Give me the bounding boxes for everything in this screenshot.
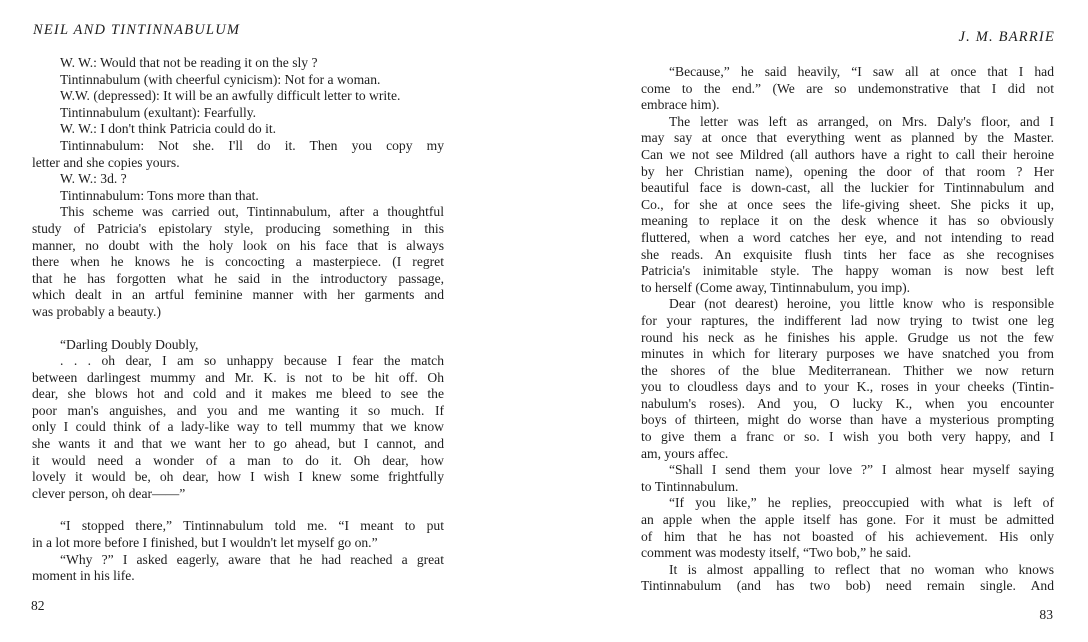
text-line: Co., for she at once sees the life-givin…	[641, 197, 1054, 214]
right-page-body: “Because,” he said heavily, “I saw all a…	[641, 64, 1054, 595]
text-line: of him that he has not boasted of his ac…	[641, 529, 1054, 546]
text-line: only I could think of a lady-like way to…	[32, 419, 444, 436]
text-line: she wants it and that we want her to go …	[32, 436, 444, 453]
text-line: W. W.: I don't think Patricia could do i…	[32, 121, 444, 138]
page-number: 83	[1039, 607, 1053, 623]
text-line: Dear (not dearest) heroine, you little k…	[641, 296, 1054, 313]
text-line: Tintinnabulum (exultant): Fearfully.	[32, 105, 444, 122]
text-line: nabulum's roses). And you, O lucky K., w…	[641, 396, 1054, 413]
text-line: poor man's anguishes, and you and me wan…	[32, 403, 444, 420]
text-line: come to the end.” (We are so undemonstra…	[641, 81, 1054, 98]
text-line: clever person, oh dear——”	[32, 486, 444, 503]
text-line: to give them a franc or so. I wish you b…	[641, 429, 1054, 446]
text-line: in a lot more before I finished, but I w…	[32, 535, 444, 552]
running-head-author: J. M. BARRIE	[958, 29, 1055, 46]
text-line: fluttered, when a word catches her eye, …	[641, 230, 1054, 247]
paragraph-gap	[32, 502, 444, 518]
text-line: round his neck as he finishes his apple.…	[641, 330, 1054, 347]
text-line: to Tintinnabulum.	[641, 479, 1054, 496]
text-line: W. W.: 3d. ?	[32, 171, 444, 188]
text-line: This scheme was carried out, Tintinnabul…	[32, 204, 444, 221]
text-line: letter and she copies yours.	[32, 155, 444, 172]
text-line: Tintinnabulum: Tons more than that.	[32, 188, 444, 205]
text-line: boys of thirteen, might do worse than ha…	[641, 412, 1054, 429]
text-line: may say at once that everything went as …	[641, 130, 1054, 147]
left-page-body: W. W.: Would that not be reading it on t…	[32, 55, 444, 585]
text-line: Tintinnabulum (and has two bob) need rem…	[641, 578, 1054, 595]
left-page: NEIL AND TINTINNABULUM W. W.: Would that…	[0, 0, 470, 642]
text-line: “Darling Doubly Doubly,	[32, 337, 444, 354]
text-line: embrace him).	[641, 97, 1054, 114]
text-line: comment was modesty itself, “Two bob,” h…	[641, 545, 1054, 562]
text-line: between darlingest mummy and Mr. K. is n…	[32, 370, 444, 387]
running-head-title: NEIL AND TINTINNABULUM	[33, 22, 240, 39]
right-page: J. M. BARRIE “Because,” he said heavily,…	[620, 0, 1088, 642]
text-line: Tintinnabulum (with cheerful cynicism): …	[32, 72, 444, 89]
text-line: was probably a beauty.)	[32, 304, 444, 321]
text-line: she reads. An exquisite flush tints her …	[641, 247, 1054, 264]
text-line: dear, she blows hot and cold and it make…	[32, 386, 444, 403]
text-line: W. W.: Would that not be reading it on t…	[32, 55, 444, 72]
text-line: beautiful face is down-cast, all the luc…	[641, 180, 1054, 197]
paragraph-gap	[32, 321, 444, 337]
text-line: moment in his life.	[32, 568, 444, 585]
text-line: W.W. (depressed): It will be an awfully …	[32, 88, 444, 105]
text-line: “Why ?” I asked eagerly, aware that he h…	[32, 552, 444, 569]
text-line: which dealt in an artful feminine manner…	[32, 287, 444, 304]
text-line: there when he knows he is concocting a m…	[32, 254, 444, 271]
text-line: study of Patricia's epistolary style, pr…	[32, 221, 444, 238]
text-line: meaning to replace it on the desk whence…	[641, 213, 1054, 230]
text-line: Patricia's inimitable style. The happy w…	[641, 263, 1054, 280]
text-line: it would need a wonder of a man to do it…	[32, 453, 444, 470]
text-line: minutes in which for literary purposes w…	[641, 346, 1054, 363]
text-line: the shores of the blue Mediterranean. Th…	[641, 363, 1054, 380]
text-line: manner, no doubt with the holy look on h…	[32, 238, 444, 255]
text-line: by her Christian name), opening the door…	[641, 164, 1054, 181]
text-line: you to cloudless days and to your K., ro…	[641, 379, 1054, 396]
text-line: an apple when the apple itself has gone.…	[641, 512, 1054, 529]
text-line: Tintinnabulum: Not she. I'll do it. Then…	[32, 138, 444, 155]
text-line: It is almost appalling to reflect that n…	[641, 562, 1054, 579]
text-line: that he has forgotten what he said in th…	[32, 271, 444, 288]
text-line: for your raptures, the indifferent lad n…	[641, 313, 1054, 330]
text-line: Can we not see Mildred (all authors have…	[641, 147, 1054, 164]
text-line: lovely it would be, oh dear, how I wish …	[32, 469, 444, 486]
text-line: to herself (Come away, Tintinnabulum, yo…	[641, 280, 1054, 297]
text-line: “If you like,” he replies, preoccupied w…	[641, 495, 1054, 512]
text-line: “Because,” he said heavily, “I saw all a…	[641, 64, 1054, 81]
text-line: The letter was left as arranged, on Mrs.…	[641, 114, 1054, 131]
text-line: “I stopped there,” Tintinnabulum told me…	[32, 518, 444, 535]
text-line: “Shall I send them your love ?” I almost…	[641, 462, 1054, 479]
page-number: 82	[31, 598, 45, 614]
text-line: . . . oh dear, I am so unhappy because I…	[32, 353, 444, 370]
text-line: am, yours affec.	[641, 446, 1054, 463]
